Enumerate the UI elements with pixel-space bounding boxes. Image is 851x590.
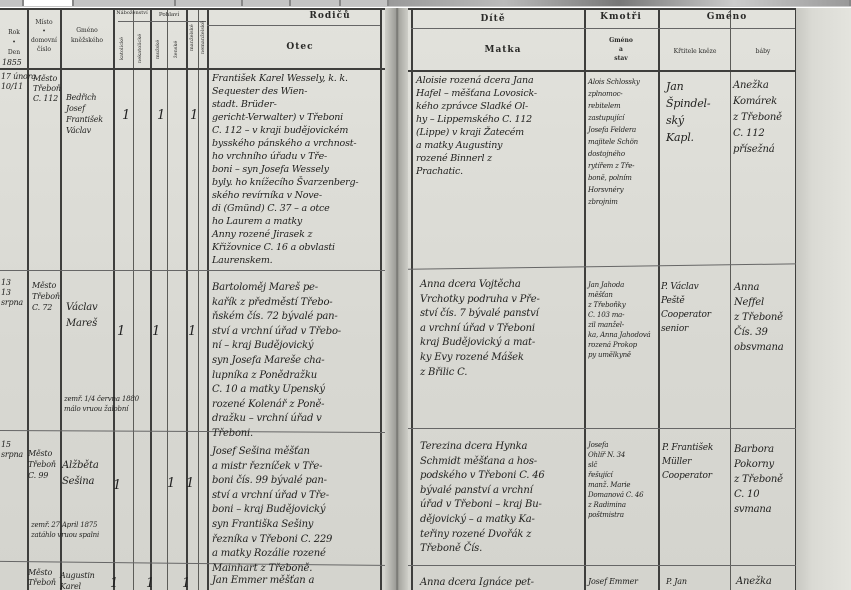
header-religion-noncatholic: nekatolické [137, 33, 143, 63]
entry-1-place: Město Třeboň C. 112 [33, 74, 61, 104]
header-year-day: Rok • Den [2, 28, 26, 58]
entry-1-date: 17 února 10/11 [1, 72, 36, 92]
entry-1-mother: Aloisie rozená dcera Jana Hafel – měšťan… [416, 74, 584, 178]
header-sex: Pohlaví [152, 12, 186, 18]
header-midwife: báby [731, 48, 795, 55]
entry-4-mark: 1 [182, 576, 190, 590]
entry-2-baptist: P. Václav Peště Cooperator senior [661, 280, 711, 336]
entry-2-mother: Anna dcera Vojtěcha Vrchotky podruha v P… [420, 278, 585, 380]
entry-2-mark: 1 [152, 324, 160, 339]
entry-3-priest: Alžběta Sešina [62, 458, 99, 490]
entry-1-midwife: Anežka Komárek z Třeboně C. 112 přísežná [733, 78, 782, 158]
entry-2-godparents: Jan Jahoda měšťan z Třeboňky C. 103 ma- … [588, 280, 658, 360]
header-house-number: Místo • domovní číslo [28, 18, 60, 54]
toolbar-segment[interactable] [24, 0, 74, 6]
entry-3-father: Josef Sešina měšťan a mistr řezníček v T… [212, 445, 380, 576]
entry-1-mark: 1 [122, 108, 130, 123]
entry-2-midwife: Anna Neffel z Třeboně Čís. 39 obsvmana [734, 280, 783, 355]
entry-4-godparents: Josef Emmer [588, 577, 638, 587]
entry-2-date: 13 13 srpna [1, 278, 23, 308]
entry-4-place: Město Třeboň [28, 568, 56, 588]
header-child: Dítě [428, 14, 558, 24]
toolbar-segment[interactable] [74, 0, 176, 6]
entry-4-mother: Anna dcera Ignáce pet- [420, 576, 585, 590]
entry-4-midwife: Anežka [736, 575, 772, 590]
header-priest: Gméno kněžského [61, 26, 113, 46]
entry-3-place: Město Třeboň C. 99 [28, 448, 56, 481]
entry-1-father: František Karel Wessely, k. k. Sequester… [212, 72, 380, 267]
thumbnail-strip[interactable] [389, 0, 851, 6]
entry-1-mark: 1 [190, 108, 198, 123]
entry-3-mark: 1 [167, 476, 175, 491]
viewer-toolbar [0, 0, 851, 8]
entry-3-mark: 1 [186, 476, 194, 491]
entry-2-mark: 1 [117, 324, 125, 339]
entry-2-mark: 1 [188, 324, 196, 339]
entry-1-mark: 1 [157, 108, 165, 123]
header-mother: Matka [428, 45, 578, 55]
header-godparents: Kmotři [585, 12, 657, 22]
right-page: Dítě Matka Kmotři Gméno a stav Gméno Křt… [408, 8, 803, 590]
entry-2-father: Bartoloměj Mareš pe- kařík z předměstí T… [212, 281, 380, 442]
toolbar-segment[interactable] [0, 0, 24, 6]
entry-2-note: zemř. 1/4 června 1880 málo vruou žalobní [64, 394, 139, 414]
entry-2-priest: Václav Mareš [66, 300, 97, 332]
entry-3-midwife: Barbora Pokorny z Třeboně C. 10 svmana [734, 442, 783, 517]
entry-4-mark: 1 [146, 576, 154, 590]
entry-1-baptist: Jan Špindel- ský Kapl. [666, 78, 710, 146]
header-religion: Náboženství [115, 10, 149, 16]
entry-3-mother: Terezina dcera Hynka Schmidt měšťana a h… [420, 440, 585, 557]
scanned-register-image: Rok • Den 1855 Místo • domovní číslo Gmé… [0, 8, 851, 590]
header-sex-female: ženské [173, 36, 179, 62]
entry-4-priest: Augustin Karel [60, 570, 95, 590]
header-godparent-name: Gméno a stav [585, 36, 657, 63]
toolbar-segment[interactable] [341, 0, 389, 6]
header-religion-catholic: katolické [119, 33, 125, 63]
entry-4-baptist: P. Jan [666, 577, 687, 587]
toolbar-segment[interactable] [176, 0, 243, 6]
entry-3-note: zemř. 27 April 1875 zatáhlo vruou spalni [31, 520, 99, 540]
entry-3-baptist: P. František Müller Cooperator [662, 441, 713, 483]
entry-4-father: Jan Emmer měšťan a [212, 574, 380, 589]
entry-3-date: 15 srpna [1, 440, 23, 460]
toolbar-segment[interactable] [291, 0, 341, 6]
header-baptist: Křtitele kněze [660, 48, 730, 55]
header-father: Otec [220, 42, 380, 52]
entry-3-godparents: Josefa Ohlíř N. 34 slč řešující manž. Ma… [588, 440, 658, 520]
entry-4-mark: 1 [110, 576, 118, 590]
header-parents: Rodičů [300, 11, 360, 21]
book-gutter [385, 8, 409, 590]
entry-1-priest: Bedřich Josef František Václav [66, 92, 103, 136]
header-legitimate: manželské [189, 14, 195, 62]
left-page: Rok • Den 1855 Místo • domovní číslo Gmé… [0, 8, 398, 590]
entry-1-godparents: Alois Schlossky zplnomoc- rebitelem zast… [588, 76, 658, 208]
header-name: Gméno [660, 12, 794, 22]
header-illegitimate: nemanželské [200, 14, 206, 62]
header-sex-male: mužské [155, 36, 161, 62]
entry-3-mark: 1 [113, 478, 121, 493]
header-year-value: 1855 [2, 58, 22, 68]
entry-2-place: Město Třeboň C. 72 [32, 280, 60, 313]
toolbar-segment[interactable] [243, 0, 291, 6]
page-edge [796, 8, 851, 590]
